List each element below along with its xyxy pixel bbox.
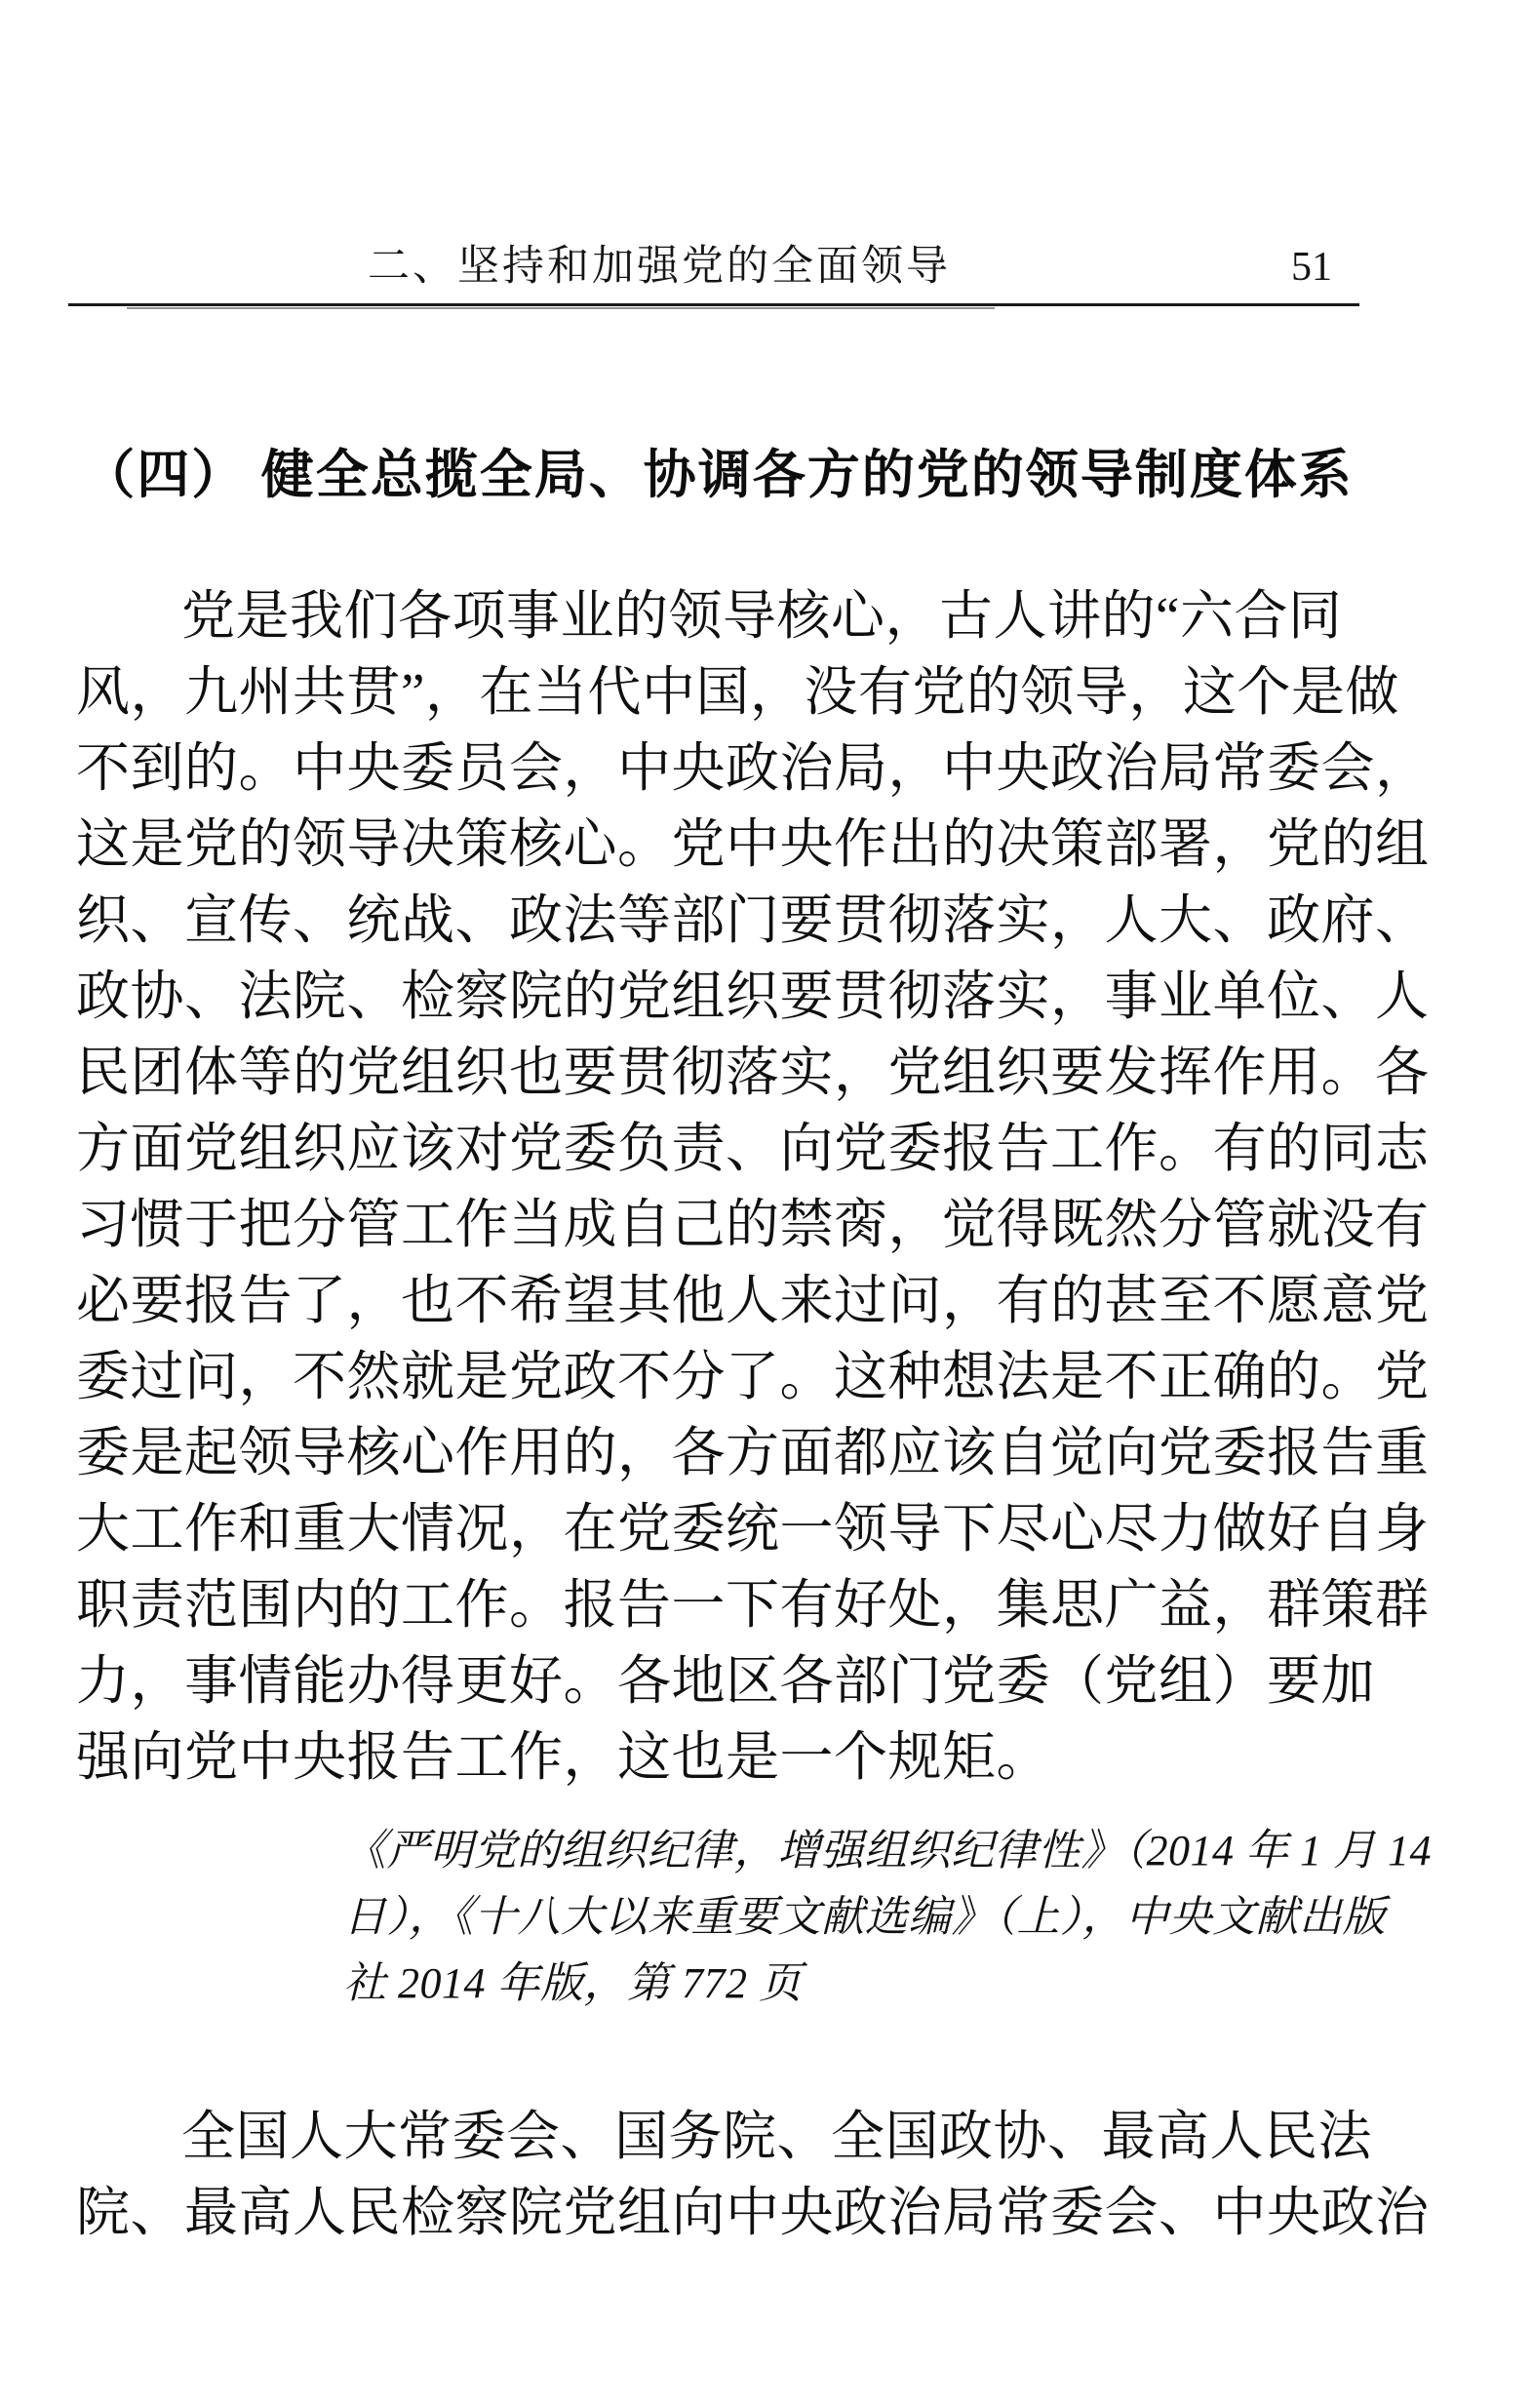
body-line: 这是党的领导决策核心。党中央作出的决策部署，党的组 xyxy=(76,807,1365,883)
body-line: 党是我们各项事业的领导核心，古人讲的“六合同 xyxy=(76,578,1365,654)
paragraph-main: 党是我们各项事业的领导核心，古人讲的“六合同 风，九州共贯”，在当代中国，没有党… xyxy=(76,578,1365,1796)
book-page: 二、坚持和加强党的全面领导 51 （四） 健全总揽全局、协调各方的党的领导制度体… xyxy=(0,0,1533,2408)
body-line: 政协、法院、检察院的党组织要贯彻落实，事业单位、人 xyxy=(76,959,1365,1035)
body-line: 习惯于把分管工作当成自己的禁脔，觉得既然分管就没有 xyxy=(76,1187,1365,1263)
body-line: 委是起领导核心作用的，各方面都应该自觉向党委报告重 xyxy=(76,1415,1365,1491)
body-line: 委过问，不然就是党政不分了。这种想法是不正确的。党 xyxy=(76,1339,1365,1415)
source-citation: 《严明党的组织纪律，增强组织纪律性》（2014 年 1 月 14 日），《十八大… xyxy=(343,1818,1367,2017)
running-head: 二、坚持和加强党的全面领导 51 xyxy=(74,242,1361,293)
citation-line: 《严明党的组织纪律，增强组织纪律性》（2014 年 1 月 14 xyxy=(343,1818,1367,1884)
section-heading: （四） 健全总揽全局、协调各方的党的领导制度体系 xyxy=(74,441,1361,509)
running-head-title: 二、坚持和加强党的全面领导 xyxy=(74,242,1244,293)
body-line: 民团体等的党组织也要贯彻落实，党组织要发挥作用。各 xyxy=(76,1035,1365,1111)
citation-line: 社 2014 年版，第 772 页 xyxy=(343,1951,1367,2017)
body-line: 不到的。中央委员会，中央政治局，中央政治局常委会， xyxy=(76,730,1365,807)
body-line: 院、最高人民检察院党组向中央政治局常委会、中央政治 xyxy=(76,2175,1365,2251)
header-rule-scan-echo xyxy=(127,307,995,309)
body-line: 强向党中央报告工作，这也是一个规矩。 xyxy=(76,1719,1365,1796)
header-rule xyxy=(68,303,1359,306)
body-line: 全国人大常委会、国务院、全国政协、最高人民法 xyxy=(76,2099,1365,2175)
body-line: 必要报告了，也不希望其他人来过问，有的甚至不愿意党 xyxy=(76,1263,1365,1339)
body-line: 大工作和重大情况，在党委统一领导下尽心尽力做好自身 xyxy=(76,1491,1365,1567)
body-line: 方面党组织应该对党委负责、向党委报告工作。有的同志 xyxy=(76,1111,1365,1187)
page-number: 51 xyxy=(1291,242,1332,293)
body-line: 织、宣传、统战、政法等部门要贯彻落实，人大、政府、 xyxy=(76,883,1365,959)
body-line: 职责范围内的工作。报告一下有好处，集思广益，群策群 xyxy=(76,1567,1365,1643)
body-line: 风，九州共贯”，在当代中国，没有党的领导，这个是做 xyxy=(76,654,1365,730)
citation-line: 日），《十八大以来重要文献选编》（上），中央文献出版 xyxy=(343,1884,1367,1951)
body-line: 力，事情能办得更好。各地区各部门党委（党组）要加 xyxy=(76,1643,1365,1719)
paragraph-closing: 全国人大常委会、国务院、全国政协、最高人民法 院、最高人民检察院党组向中央政治局… xyxy=(76,2099,1365,2251)
